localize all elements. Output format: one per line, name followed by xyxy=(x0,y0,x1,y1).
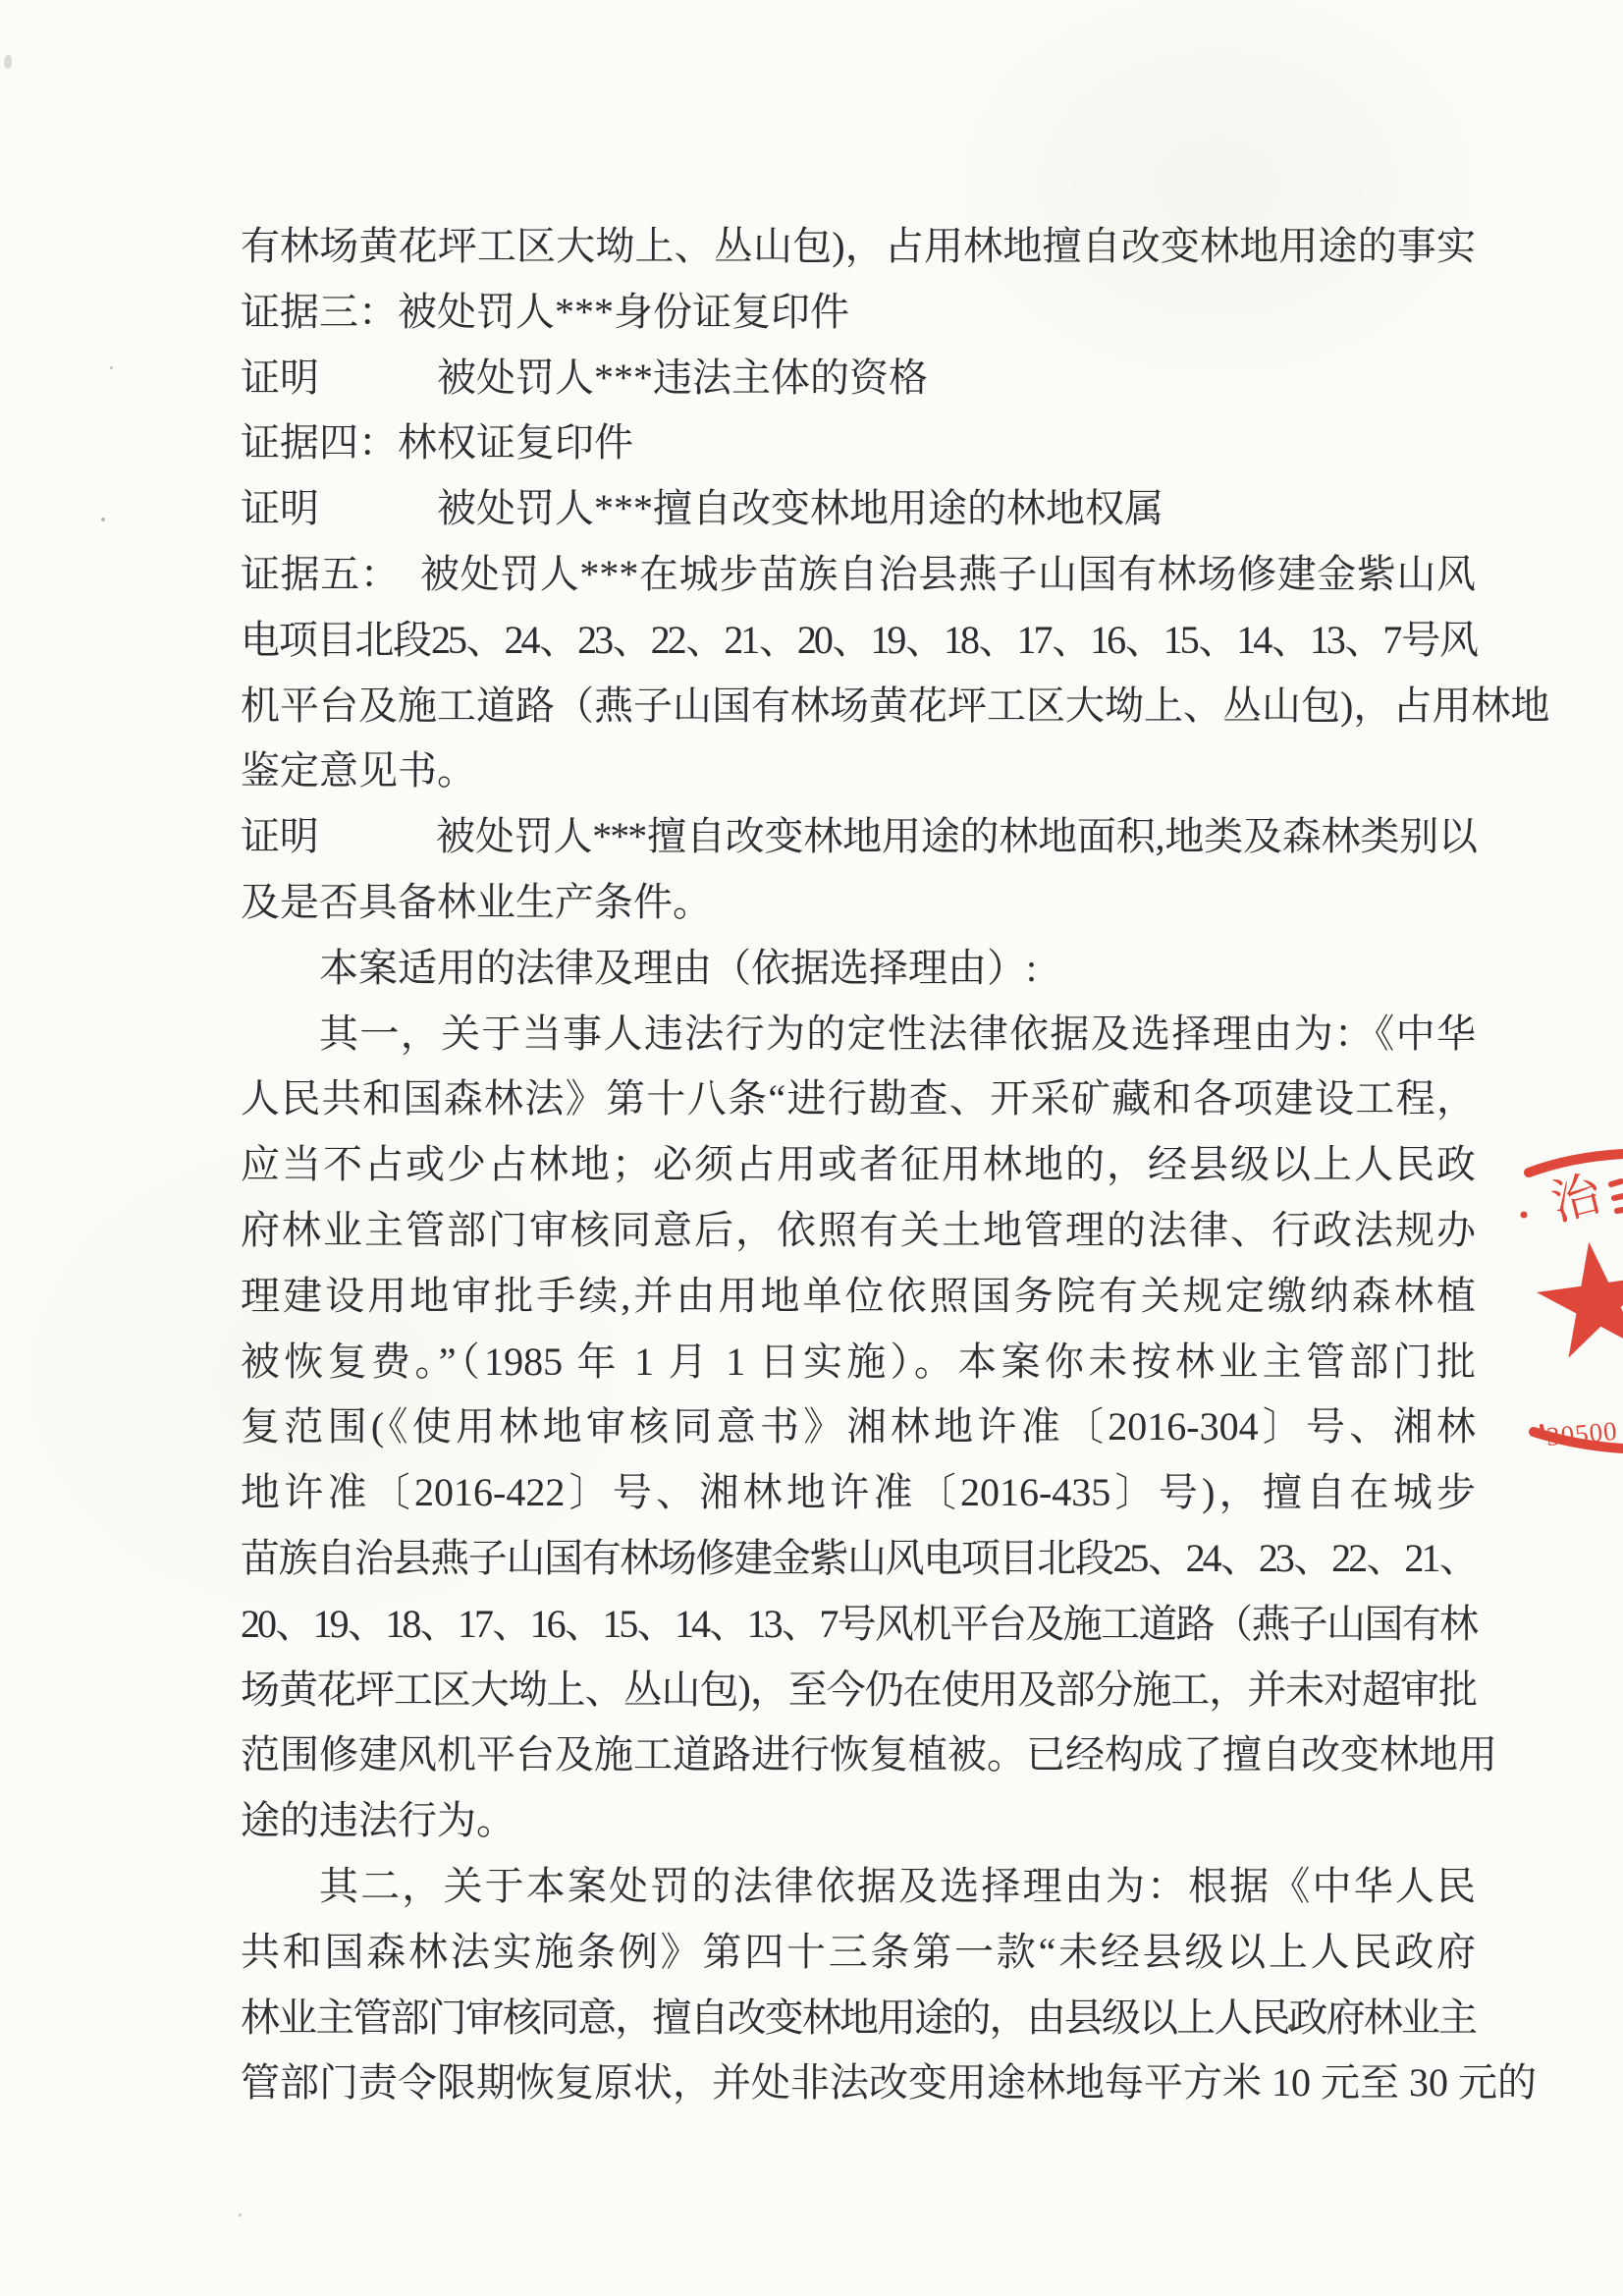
document-line: 共和国森林法实施条例》第四十三条第一款“未经县级以上人民政府 xyxy=(241,1920,1476,1986)
document-line: 地许准〔2016-422〕号、湘林地许准〔2016-435〕号)，擅自在城步 xyxy=(241,1460,1476,1526)
document-line: 证据三：被处罚人***身份证复印件 xyxy=(241,280,1476,346)
document-line: 鉴定意见书。 xyxy=(241,738,1476,804)
document-line: 府林业主管部门审核同意后，依照有关土地管理的法律、行政法规办 xyxy=(241,1198,1476,1264)
document-line: 其二，关于本案处罚的法律依据及选择理由为：根据《中华人民 xyxy=(241,1854,1476,1920)
document-line: 机平台及施工道路（燕子山国有林场黄花坪工区大坳上、丛山包)，占用林地 xyxy=(241,674,1476,739)
seal-character-fragment xyxy=(1611,1181,1623,1211)
document-line: 应当不占或少占林地；必须占用或者征用林地的，经县级以上人民政 xyxy=(241,1132,1476,1198)
document-line: 被恢复费。”（1985 年 1 月 1 日实施）。本案你未按林业主管部门批 xyxy=(241,1330,1476,1395)
document-line: 证据四：林权证复印件 xyxy=(241,410,1476,476)
document-line: 途的违法行为。 xyxy=(241,1788,1476,1854)
document-line: 范围修建风机平台及施工道路进行恢复植被。已经构成了擅自改变林地用 xyxy=(241,1722,1476,1788)
document-line: 人民共和国森林法》第十八条“进行勘查、开采矿藏和各项建设工程， xyxy=(241,1066,1476,1132)
document-line: 20、19、18、17、16、15、14、13、7号风机平台及施工道路（燕子山国… xyxy=(241,1592,1476,1658)
document-line: 证明 被处罚人***擅自改变林地用途的林地权属 xyxy=(241,476,1476,542)
document-line: 苗族自治县燕子山国有林场修建金紫山风电项目北段25、24、23、22、21、 xyxy=(241,1526,1476,1592)
scan-speck xyxy=(239,2214,242,2216)
scan-speck xyxy=(1288,2024,1294,2030)
document-line: 管部门责令限期恢复原状，并处非法改变用途林地每平方米 10 元至 30 元的 xyxy=(241,2050,1476,2116)
document-line: 有林场黄花坪工区大坳上、丛山包)，占用林地擅自改变林地用途的事实 xyxy=(241,214,1476,280)
seal-serial-tick xyxy=(1542,1426,1543,1436)
document-line: 电项目北段25、24、23、22、21、20、19、18、17、16、15、14… xyxy=(241,608,1476,674)
document-text-block: 有林场黄花坪工区大坳上、丛山包)，占用林地擅自改变林地用途的事实证据三：被处罚人… xyxy=(241,214,1476,2116)
document-line: 复范围(《使用林地审核同意书》湘林地许准〔2016-304〕号、湘林 xyxy=(241,1394,1476,1460)
document-page: 有林场黄花坪工区大坳上、丛山包)，占用林地擅自改变林地用途的事实证据三：被处罚人… xyxy=(0,0,1623,2296)
document-line: 证据五： 被处罚人***在城步苗族自治县燕子山国有林场修建金紫山风 xyxy=(241,542,1476,608)
scan-speck xyxy=(4,55,12,69)
document-line: 场黄花坪工区大坳上、丛山包)，至今仍在使用及部分施工，并未对超审批 xyxy=(241,1658,1476,1723)
document-line: 其一，关于当事人违法行为的定性法律依据及选择理由为：《中华 xyxy=(241,1002,1476,1067)
document-line: 本案适用的法律及理由（依据选择理由）: xyxy=(241,936,1476,1002)
document-line: 理建设用地审批手续,并由用地单位依照国务院有关规定缴纳森林植 xyxy=(241,1264,1476,1330)
seal-character: 治 xyxy=(1545,1166,1608,1231)
document-line: 林业主管部门审核同意，擅自改变林地用途的，由县级以上人民政府林业主 xyxy=(241,1986,1476,2051)
scan-speck xyxy=(110,366,113,369)
document-line: 证明 被处罚人***违法主体的资格 xyxy=(241,346,1476,411)
document-line: 证明 被处罚人***擅自改变林地用途的林地面积,地类及森林类别以 xyxy=(241,804,1476,870)
seal-ink-dot xyxy=(1521,1212,1528,1219)
scan-speck xyxy=(101,518,105,521)
seal-serial-number: 30500 xyxy=(1545,1416,1619,1451)
official-seal-stamp: 治 30500 xyxy=(1473,1110,1623,1483)
seal-star-icon xyxy=(1531,1233,1623,1361)
document-line: 及是否具备林业生产条件。 xyxy=(241,870,1476,936)
